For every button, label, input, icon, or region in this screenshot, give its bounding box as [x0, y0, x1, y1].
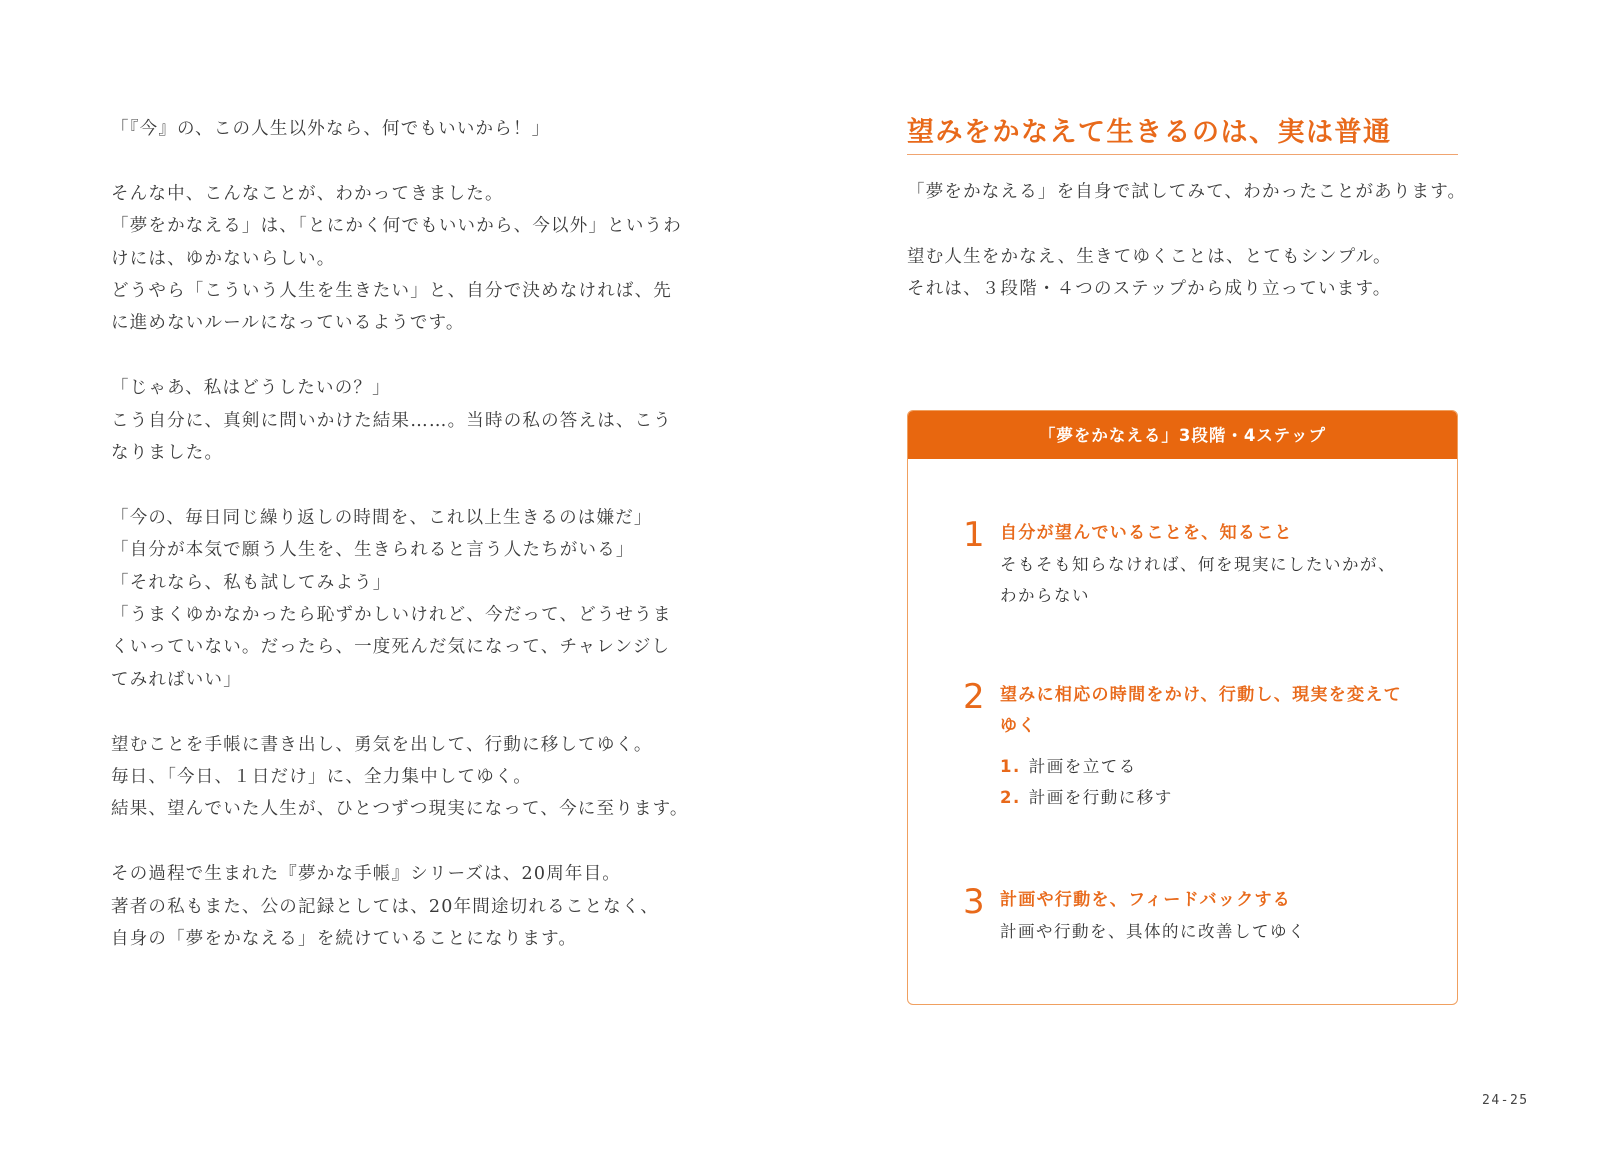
sub-step-item: 1.計画を立てる — [1000, 751, 1440, 782]
right-page-body: 望みをかなえて生きるのは、実は普通 「夢をかなえる」を自身で試してみて、わかった… — [907, 113, 1459, 306]
paragraph-line: くいっていない。だったら、一度死んだ気になって、チャレンジし — [111, 631, 711, 663]
step-title: 望みに相応の時間をかけ、行動し、現実を変えて — [1000, 680, 1440, 711]
sub-step-item: 2.計画を行動に移す — [1000, 782, 1440, 813]
paragraph-line: 「自分が本気で願う人生を、生きられると言う人たちがいる」 — [111, 534, 711, 566]
paragraph-line: 「『今』の、この人生以外なら、何でもいいから！」 — [111, 113, 711, 145]
title-underline — [907, 154, 1458, 155]
paragraph-gap — [111, 145, 711, 177]
paragraph-line: 毎日、「今日、１日だけ」に、全力集中してゆく。 — [111, 761, 711, 793]
sub-step-label: 計画を立てる — [1029, 757, 1137, 776]
left-page-body: 「『今』の、この人生以外なら、何でもいいから！」 そんな中、こんなことが、わかっ… — [111, 113, 711, 955]
sub-step-list: 1.計画を立てる 2.計画を行動に移す — [1000, 751, 1440, 813]
paragraph-line: 「じゃあ、私はどうしたいの？」 — [111, 372, 711, 404]
paragraph-gap — [111, 469, 711, 501]
paragraph-line: に進めないルールになっているようです。 — [111, 307, 711, 339]
step-number: 1 — [963, 515, 985, 555]
step-body: 計画や行動を、フィードバックする 計画や行動を、具体的に改善してゆく — [1000, 882, 1440, 947]
intro-line: 「夢をかなえる」を自身で試してみて、わかったことがあります。 — [907, 176, 1459, 208]
step-title: 自分が望んでいることを、知ること — [1000, 518, 1440, 549]
sub-step-number: 2. — [1000, 788, 1021, 807]
paragraph-gap — [111, 826, 711, 858]
steps-box-header: 「夢をかなえる」3段階・4ステップ — [908, 411, 1457, 459]
page-number: 24-25 — [1482, 1093, 1529, 1108]
section-title: 望みをかなえて生きるのは、実は普通 — [907, 113, 1459, 153]
paragraph-line: 「今の、毎日同じ繰り返しの時間を、これ以上生きるのは嫌だ」 — [111, 502, 711, 534]
paragraph-line: けには、ゆかないらしい。 — [111, 243, 711, 275]
steps-box: 「夢をかなえる」3段階・4ステップ 1 自分が望んでいることを、知ること そもそ… — [907, 410, 1458, 1005]
paragraph-line: 「それなら、私も試してみよう」 — [111, 567, 711, 599]
intro-text: 「夢をかなえる」を自身で試してみて、わかったことがあります。 望む人生をかなえ、… — [907, 176, 1459, 306]
sub-step-number: 1. — [1000, 757, 1021, 776]
paragraph-line: 「うまくゆかなかったら恥ずかしいけれど、今だって、どうせうま — [111, 599, 711, 631]
step-title: 計画や行動を、フィードバックする — [1000, 885, 1440, 916]
step-number: 2 — [963, 677, 985, 717]
paragraph-line: 自身の「夢をかなえる」を続けていることになります。 — [111, 923, 711, 955]
paragraph-line: てみればいい」 — [111, 664, 711, 696]
paragraph-line: そんな中、こんなことが、わかってきました。 — [111, 178, 711, 210]
paragraph-gap — [907, 208, 1459, 240]
paragraph-gap — [111, 696, 711, 728]
step-number: 3 — [963, 882, 985, 922]
paragraph-line: なりました。 — [111, 437, 711, 469]
step-body: 自分が望んでいることを、知ること そもそも知らなければ、何を現実にしたいかが、 … — [1000, 515, 1440, 611]
paragraph-line: 結果、望んでいた人生が、ひとつずつ現実になって、今に至ります。 — [111, 793, 711, 825]
paragraph-line: 著者の私もまた、公の記録としては、20年間途切れることなく、 — [111, 891, 711, 923]
paragraph-line: その過程で生まれた『夢かな手帳』シリーズは、20周年目。 — [111, 858, 711, 890]
paragraph-line: 望むことを手帳に書き出し、勇気を出して、行動に移してゆく。 — [111, 729, 711, 761]
intro-line: それは、３段階・４つのステップから成り立っています。 — [907, 273, 1459, 305]
step-description: そもそも知らなければ、何を現実にしたいかが、 — [1000, 549, 1440, 580]
paragraph-line: 「夢をかなえる」は、「とにかく何でもいいから、今以外」というわ — [111, 210, 711, 242]
step-description: わからない — [1000, 580, 1440, 611]
intro-line: 望む人生をかなえ、生きてゆくことは、とてもシンプル。 — [907, 241, 1459, 273]
step-description: 計画や行動を、具体的に改善してゆく — [1000, 916, 1440, 947]
step-title: ゆく — [1000, 711, 1440, 742]
paragraph-gap — [111, 340, 711, 372]
paragraph-line: こう自分に、真剣に問いかけた結果……。当時の私の答えは、こう — [111, 405, 711, 437]
step-body: 望みに相応の時間をかけ、行動し、現実を変えて ゆく 1.計画を立てる 2.計画を… — [1000, 677, 1440, 813]
paragraph-line: どうやら「こういう人生を生きたい」と、自分で決めなければ、先 — [111, 275, 711, 307]
sub-step-label: 計画を行動に移す — [1029, 788, 1173, 807]
